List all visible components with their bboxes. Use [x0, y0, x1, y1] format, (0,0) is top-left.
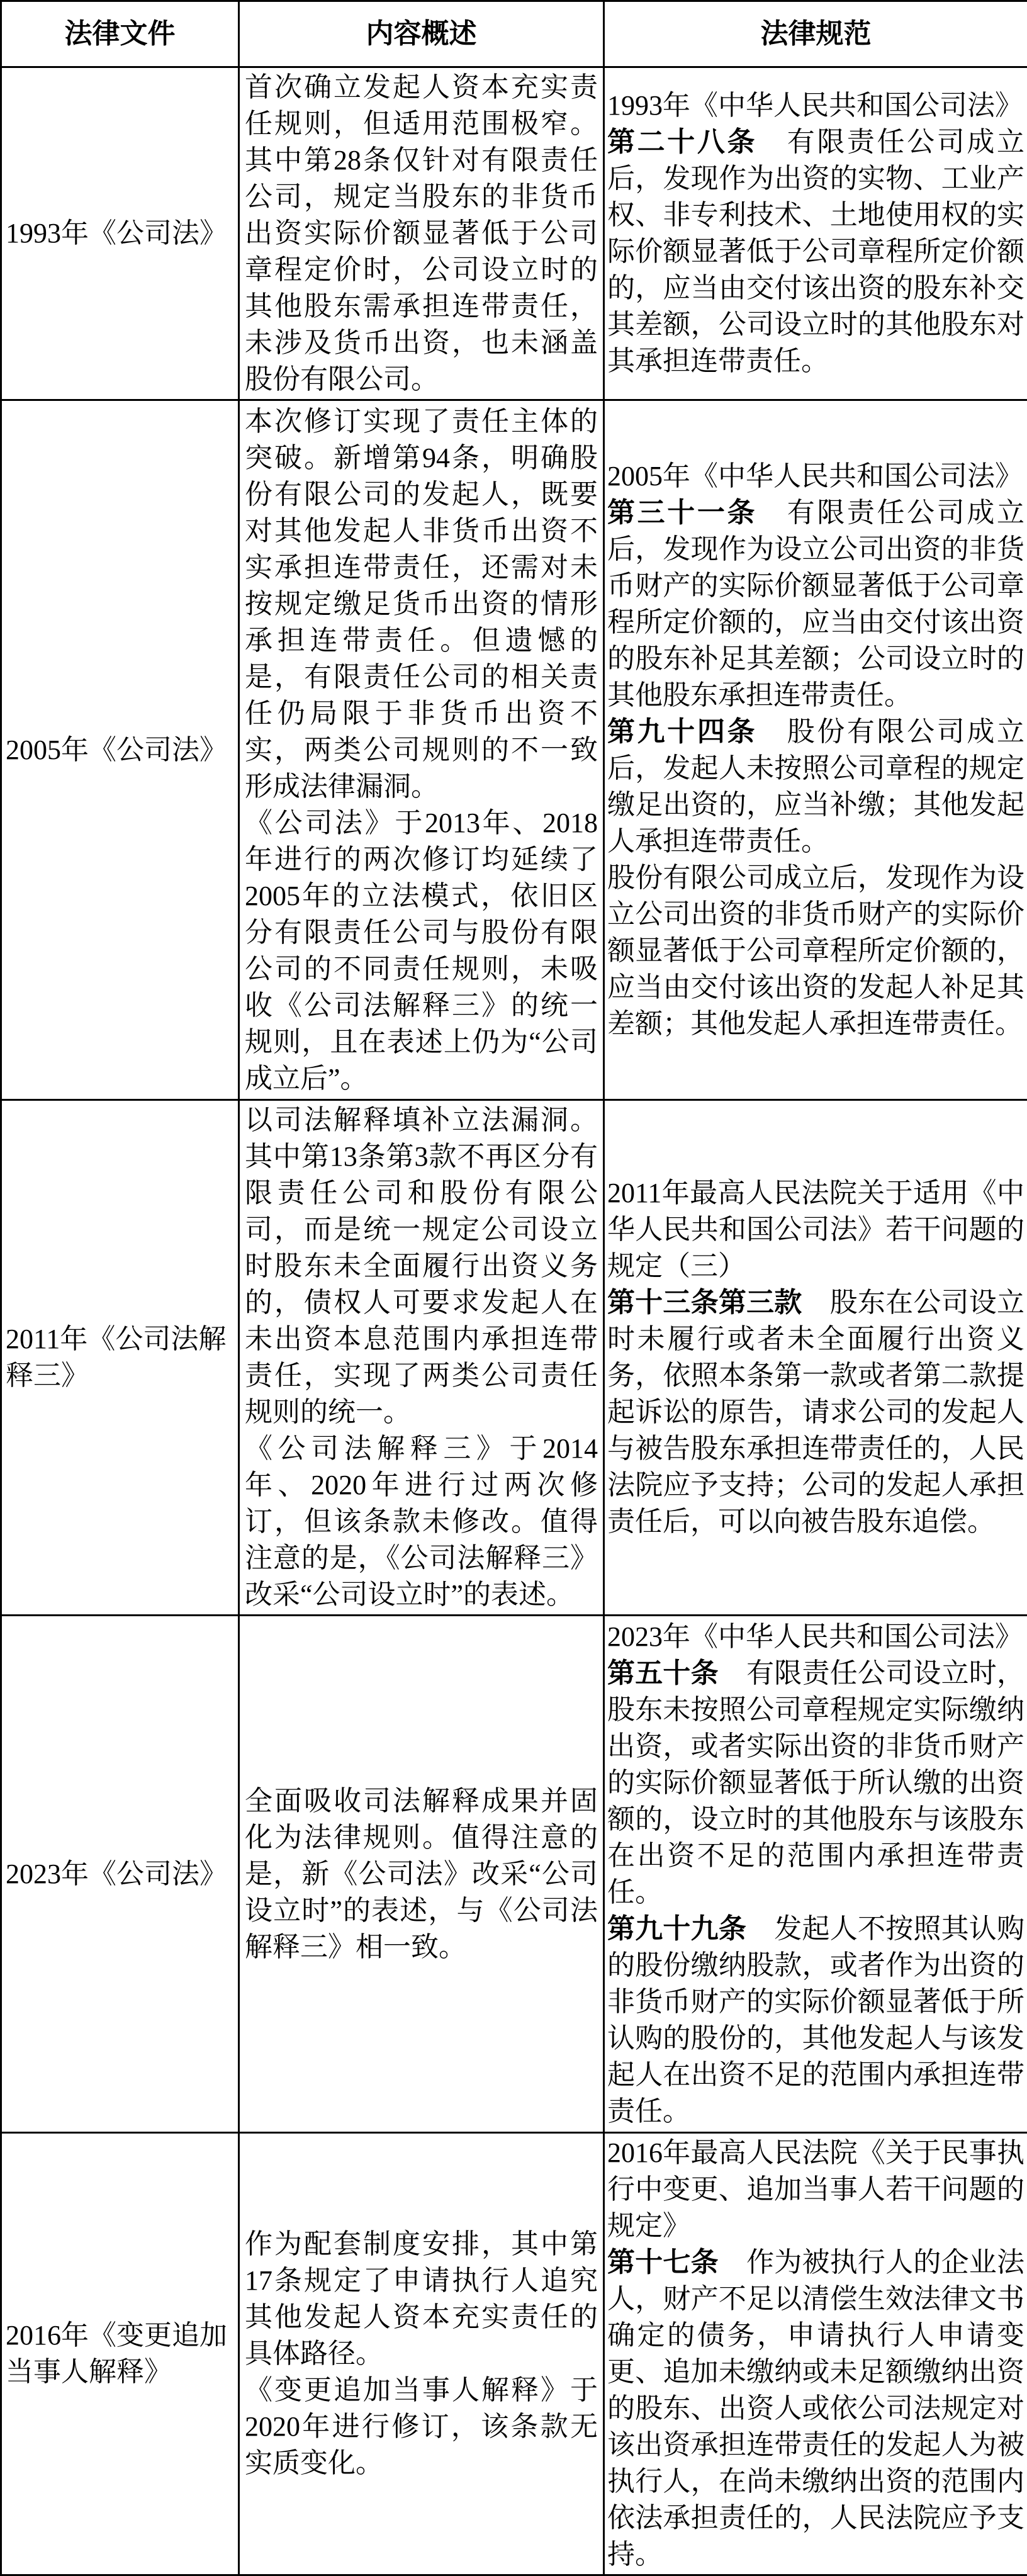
document-name: 2016年《变更追加当事人解释》 [1, 2133, 239, 2575]
article-number: 第二十八条 [607, 127, 787, 157]
article-number: 第十七条 [607, 2247, 746, 2278]
summary-cell: 本次修订实现了责任主体的突破。新增第94条，明确股份有限公司的发起人，既要对其他… [239, 400, 604, 1100]
summary-paragraph: 以司法解释填补立法漏洞。其中第13条第3款不再区分有限责任公司和股份有限公司，而… [245, 1102, 598, 1431]
norm-cell: 2016年最高人民法院《关于民事执行中变更、追加当事人若干问题的规定》 第十七条… [604, 2133, 1027, 2575]
summary-paragraph: 《变更追加当事人解释》于2020年进行修订，该条款无实质变化。 [245, 2372, 598, 2482]
article-text: 有限责任公司成立后，发现作为出资的实物、工业产权、非专利技术、土地使用权的实际价… [607, 127, 1024, 376]
norm-cell: 2023年《中华人民共和国公司法》 第五十条 有限责任公司设立时，股东未按照公司… [604, 1616, 1027, 2133]
col-header-summary: 内容概述 [239, 1, 604, 67]
summary-cell: 作为配套制度安排，其中第17条规定了申请执行人追究其他发起人资本充实责任的具体路… [239, 2133, 604, 2575]
norm-paragraph: 股份有限公司成立后，发现作为设立公司出资的非货币财产的实际价额显著低于公司章程所… [607, 860, 1024, 1042]
summary-paragraph: 作为配套制度安排，其中第17条规定了申请执行人追究其他发起人资本充实责任的具体路… [245, 2226, 598, 2372]
table-row-1993: 1993年《公司法》 首次确立发起人资本充实责任规则，但适用范围极窄。其中第28… [1, 67, 1027, 400]
norm-paragraph: 第三十一条 有限责任公司成立后，发现作为设立公司出资的非货币财产的实际价额显著低… [607, 495, 1024, 714]
norm-source-line: 2011年最高人民法院关于适用《中华人民共和国公司法》若干问题的规定（三） [607, 1175, 1024, 1285]
summary-paragraph: 全面吸收司法解释成果并固化为法律规则。值得注意的是，新《公司法》改采“公司设立时… [245, 1783, 598, 1966]
norm-source-line: 2005年《中华人民共和国公司法》 [607, 458, 1024, 495]
table-row-2023: 2023年《公司法》 全面吸收司法解释成果并固化为法律规则。值得注意的是，新《公… [1, 1616, 1027, 2133]
col-header-document: 法律文件 [1, 1, 239, 67]
table-row-2005: 2005年《公司法》 本次修订实现了责任主体的突破。新增第94条，明确股份有限公… [1, 400, 1027, 1100]
article-text: 有限责任公司成立后，发现作为设立公司出资的非货币财产的实际价额显著低于公司章程所… [607, 497, 1024, 711]
document-name: 1993年《公司法》 [1, 67, 239, 400]
norm-cell: 2011年最高人民法院关于适用《中华人民共和国公司法》若干问题的规定（三） 第十… [604, 1100, 1027, 1616]
col-header-norm: 法律规范 [604, 1, 1027, 67]
summary-cell: 首次确立发起人资本充实责任规则，但适用范围极窄。其中第28条仅针对有限责任公司，… [239, 67, 604, 400]
article-number: 第九十四条 [607, 716, 787, 747]
article-number: 第五十条 [607, 1658, 746, 1689]
summary-cell: 全面吸收司法解释成果并固化为法律规则。值得注意的是，新《公司法》改采“公司设立时… [239, 1616, 604, 2133]
norm-cell: 2005年《中华人民共和国公司法》 第三十一条 有限责任公司成立后，发现作为设立… [604, 400, 1027, 1100]
norm-paragraph: 第二十八条 有限责任公司成立后，发现作为出资的实物、工业产权、非专利技术、土地使… [607, 124, 1024, 380]
norm-source-line: 1993年《中华人民共和国公司法》 [607, 87, 1024, 124]
table-row-2016: 2016年《变更追加当事人解释》 作为配套制度安排，其中第17条规定了申请执行人… [1, 2133, 1027, 2575]
article-number: 第九十九条 [607, 1913, 774, 1944]
norm-source-line: 2023年《中华人民共和国公司法》 [607, 1619, 1024, 1655]
norm-cell: 1993年《中华人民共和国公司法》 第二十八条 有限责任公司成立后，发现作为出资… [604, 67, 1027, 400]
article-text: 股份有限公司成立后，发现作为设立公司出资的非货币财产的实际价额显著低于公司章程所… [607, 862, 1024, 1039]
article-text: 股东在公司设立时未履行或者未全面履行出资义务，依照本条第一款或者第二款提起诉讼的… [607, 1287, 1024, 1537]
norm-paragraph: 第五十条 有限责任公司设立时，股东未按照公司章程规定实际缴纳出资，或者实际出资的… [607, 1655, 1024, 1911]
norm-paragraph: 第九十四条 股份有限公司成立后，发起人未按照公司章程的规定缴足出资的，应当补缴；… [607, 714, 1024, 860]
document-name: 2005年《公司法》 [1, 400, 239, 1100]
summary-cell: 以司法解释填补立法漏洞。其中第13条第3款不再区分有限责任公司和股份有限公司，而… [239, 1100, 604, 1616]
document-name: 2023年《公司法》 [1, 1616, 239, 2133]
norm-paragraph: 第十三条第三款 股东在公司设立时未履行或者未全面履行出资义务，依照本条第一款或者… [607, 1285, 1024, 1540]
legal-comparison-table: 法律文件 内容概述 法律规范 1993年《公司法》 首次确立发起人资本充实责任规… [0, 0, 1027, 2576]
summary-paragraph: 本次修订实现了责任主体的突破。新增第94条，明确股份有限公司的发起人，既要对其他… [245, 403, 598, 805]
norm-source-line: 2016年最高人民法院《关于民事执行中变更、追加当事人若干问题的规定》 [607, 2135, 1024, 2244]
document-name: 2011年《公司法解释三》 [1, 1100, 239, 1616]
summary-paragraph: 首次确立发起人资本充实责任规则，但适用范围极窄。其中第28条仅针对有限责任公司，… [245, 69, 598, 398]
article-number: 第三十一条 [607, 497, 787, 528]
article-text: 有限责任公司设立时，股东未按照公司章程规定实际缴纳出资，或者实际出资的非货币财产… [607, 1658, 1024, 1908]
norm-paragraph: 第十七条 作为被执行人的企业法人，财产不足以清偿生效法律文书确定的债务，申请执行… [607, 2244, 1024, 2573]
article-text: 发起人不按照其认购的股份缴纳股款，或者作为出资的非货币财产的实际价额显著低于所认… [607, 1913, 1024, 2127]
header-row: 法律文件 内容概述 法律规范 [1, 1, 1027, 67]
article-text: 作为被执行人的企业法人，财产不足以清偿生效法律文书确定的债务，申请执行人申请变更… [607, 2247, 1024, 2570]
summary-paragraph: 《公司法》于2013年、2018年进行的两次修订均延续了2005年的立法模式，依… [245, 805, 598, 1097]
table-row-2011: 2011年《公司法解释三》 以司法解释填补立法漏洞。其中第13条第3款不再区分有… [1, 1100, 1027, 1616]
article-number: 第十三条第三款 [607, 1287, 830, 1318]
summary-paragraph: 《公司法解释三》于2014年、2020年进行过两次修订，但该条款未修改。值得注意… [245, 1431, 598, 1613]
norm-paragraph: 第九十九条 发起人不按照其认购的股份缴纳股款，或者作为出资的非货币财产的实际价额… [607, 1911, 1024, 2130]
